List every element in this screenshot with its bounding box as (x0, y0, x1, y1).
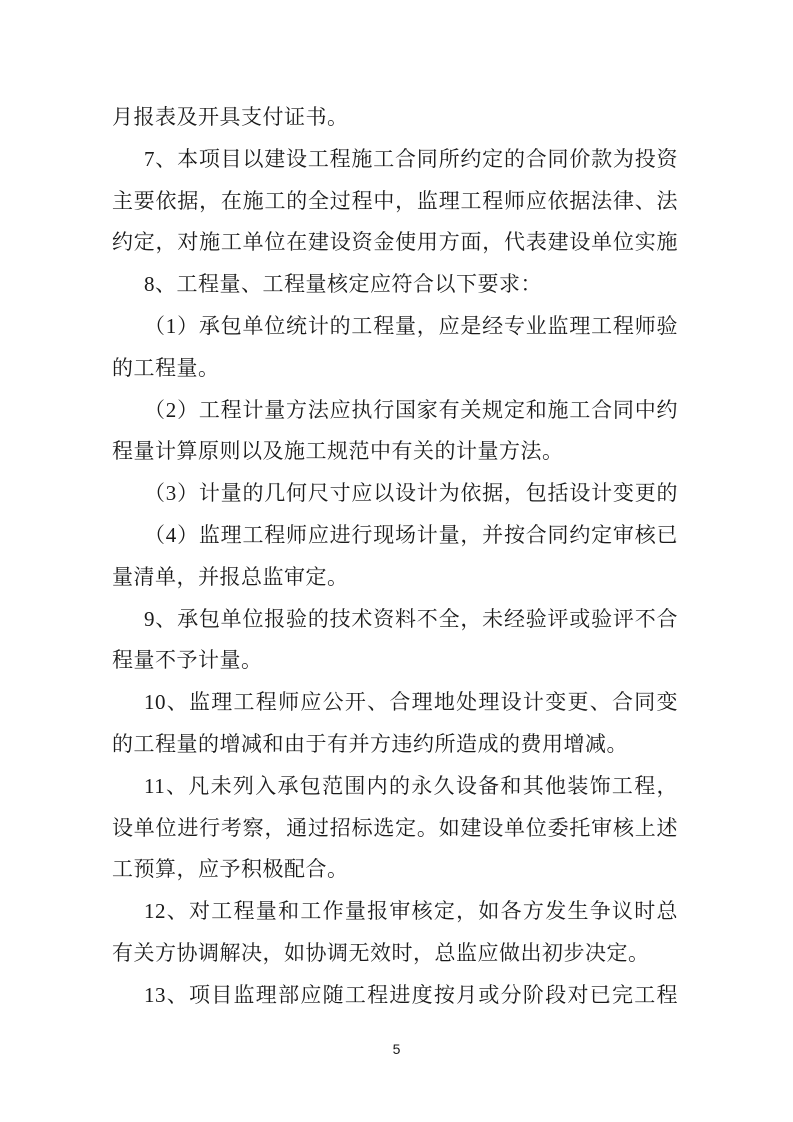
text-line: 的工程量的增减和由于有并方违约所造成的费用增减。 (112, 724, 678, 766)
text-line: 工预算，应予积极配合。 (112, 849, 678, 891)
text-line: （2）工程计量方法应执行国家有关规定和施工合同中约定的工 (112, 390, 678, 432)
text-line: 10、监理工程师应公开、合理地处理设计变更、合同变更所引起 (112, 682, 678, 724)
text-line: 主要依据，在施工的全过程中，监理工程师应依据法律、法规和合同 (112, 181, 678, 223)
text-line: 7、本项目以建设工程施工合同所约定的合同价款为投资控制的 (112, 139, 678, 181)
text-line: 程量不予计量。 (112, 640, 678, 682)
text-line: （1）承包单位统计的工程量，应是经专业监理工程师验收合格 (112, 306, 678, 348)
text-line: 有关方协调解决，如协调无效时，总监应做出初步决定。 (112, 933, 678, 975)
text-line: 8、工程量、工程量核定应符合以下要求： (112, 264, 678, 306)
text-line: 13、项目监理部应随工程进度按月或分阶段对已完工程量和月进 (112, 975, 678, 1017)
text-line: 12、对工程量和工作量报审核定，如各方发生争议时总监应召集 (112, 891, 678, 933)
text-line: （4）监理工程师应进行现场计量，并按合同约定审核已完工程 (112, 515, 678, 557)
text-line: 程量计算原则以及施工规范中有关的计量方法。 (112, 431, 678, 473)
text-line: 的工程量。 (112, 348, 678, 390)
text-line: 约定，对施工单位在建设资金使用方面，代表建设单位实施监督管理。 (112, 222, 678, 264)
document-body-text: 月报表及开具支付证书。 7、本项目以建设工程施工合同所约定的合同价款为投资控制的… (112, 97, 678, 1017)
text-line: 设单位进行考察，通过招标选定。如建设单位委托审核上述工程的施 (112, 808, 678, 850)
text-line: （3）计量的几何尺寸应以设计为依据，包括设计变更的附图。 (112, 473, 678, 515)
text-line: 月报表及开具支付证书。 (112, 97, 678, 139)
text-line: 11、凡未列入承包范围内的永久设备和其他装饰工程，应配合建 (112, 766, 678, 808)
text-line: 9、承包单位报验的技术资料不全，未经验评或验评不合格的工 (112, 599, 678, 641)
page-number: 5 (0, 1042, 793, 1056)
document-page: 月报表及开具支付证书。 7、本项目以建设工程施工合同所约定的合同价款为投资控制的… (0, 0, 793, 1122)
text-line: 量清单，并报总监审定。 (112, 557, 678, 599)
